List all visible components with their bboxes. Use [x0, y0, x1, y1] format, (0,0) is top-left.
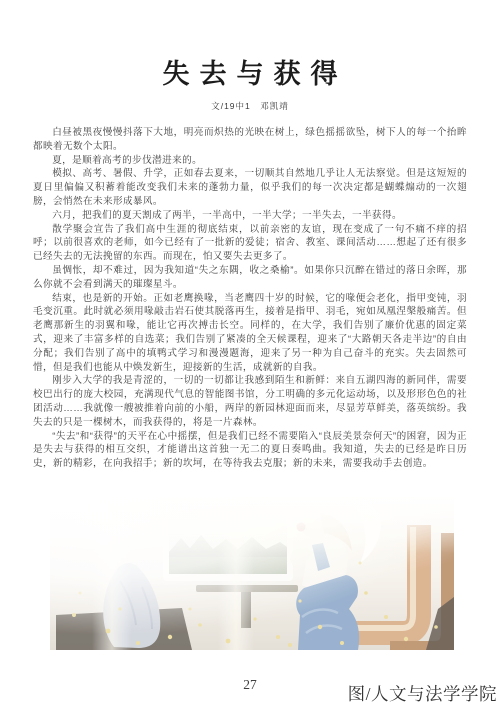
article-paragraph: 结束，也是新的开始。正如老鹰换喙，当老鹰四十岁的时候，它的喙便会老化，指甲变钝，… — [33, 292, 467, 375]
article-paragraph: 白昼被黑夜慢慢抖落下大地，明亮而炽热的光映在树上，绿色摇摇欲坠，树下人的每一个抬… — [33, 126, 467, 154]
article-paragraph: 夏，是顺着高考的步伐潜进来的。 — [33, 154, 467, 168]
white-wash — [50, 497, 454, 650]
article-paragraph: 六月，把我们的夏天割成了两半，一半高中，一半大学；一半失去，一半获得。 — [33, 209, 467, 223]
article-byline: 文/19中1 邓凯靖 — [0, 100, 500, 112]
article-paragraph: “失去”和“获得”的天平在心中摇摆，但是我们已经不需要陷入“良辰美景奈何天”的困… — [33, 430, 467, 471]
article-paragraph: 散学聚会宣告了我们高中生涯的彻底结束，以前亲密的友谊，现在变成了一句不痛不痒的招… — [33, 223, 467, 264]
magazine-page: 失去与获得 文/19中1 邓凯靖 白昼被黑夜慢慢抖落下大地，明亮而炽热的光映在树… — [0, 0, 500, 707]
article-body: 白昼被黑夜慢慢抖落下大地，明亮而炽热的光映在树上，绿色摇摇欲坠，树下人的每一个抬… — [33, 126, 467, 471]
article-paragraph: 模拟、高考、暑假、升学，正如春去夏来，一切顺其自然地几乎让人无法察觉。但是这短短… — [33, 167, 467, 208]
photo-credit: 图/人文与法学学院 — [348, 681, 497, 706]
train-scene-svg — [50, 497, 454, 650]
train-scene-illustration — [50, 497, 454, 650]
article-title: 失去与获得 — [0, 52, 500, 91]
article-paragraph: 虽惆怅，却不难过，因为我知道“失之东隅，收之桑榆”。如果你只沉醉在错过的落日余晖… — [33, 264, 467, 292]
article-paragraph: 刚步入大学的我是青涩的，一切的一切都让我感到陌生和新鲜：来自五湖四海的新同伴，需… — [33, 374, 467, 429]
